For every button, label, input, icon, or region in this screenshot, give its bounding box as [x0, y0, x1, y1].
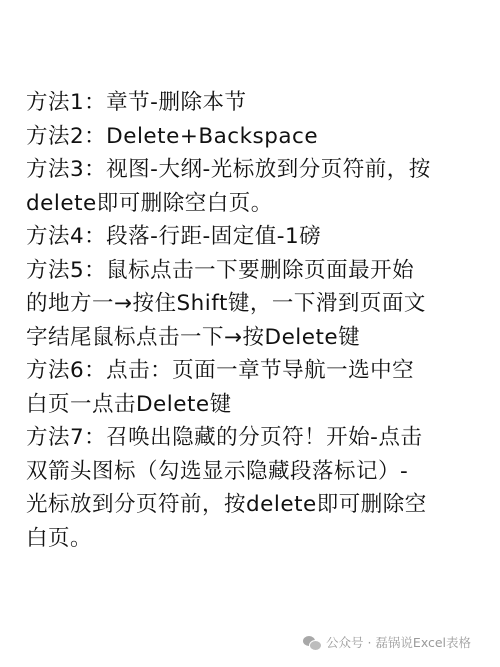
text-line: 方法5：鼠标点击一下要删除页面最开始 — [26, 254, 496, 288]
text-line: 方法7：召唤出隐藏的分页符！开始-点击 — [26, 421, 496, 455]
text-line: 方法6：点击：页面一章节导航一选中空 — [26, 354, 496, 388]
text-line: 的地方一→按住Shift键，一下滑到页面文 — [26, 287, 496, 321]
text-line: 方法4：段落-行距-固定值-1磅 — [26, 220, 496, 254]
text-line: 白页。 — [26, 522, 496, 556]
tips-document: 方法1：章节-删除本节 方法2：Delete+Backspace 方法3：视图-… — [26, 86, 496, 555]
text-line: delete即可删除空白页。 — [26, 187, 496, 221]
text-line: 方法3：视图-大纲-光标放到分页符前，按 — [26, 153, 496, 187]
text-line: 方法1：章节-删除本节 — [26, 86, 496, 120]
text-line: 字结尾鼠标点击一下→按Delete键 — [26, 321, 496, 355]
text-line: 双箭头图标（勾选显示隐藏段落标记）- — [26, 455, 496, 489]
watermark: 公众号 · 磊锅说Excel表格 — [303, 633, 471, 651]
text-line: 白页一点击Delete键 — [26, 388, 496, 422]
text-line: 光标放到分页符前，按delete即可删除空 — [26, 488, 496, 522]
text-line: 方法2：Delete+Backspace — [26, 120, 496, 154]
wechat-icon — [303, 635, 321, 650]
watermark-text: 公众号 · 磊锅说Excel表格 — [326, 633, 471, 651]
